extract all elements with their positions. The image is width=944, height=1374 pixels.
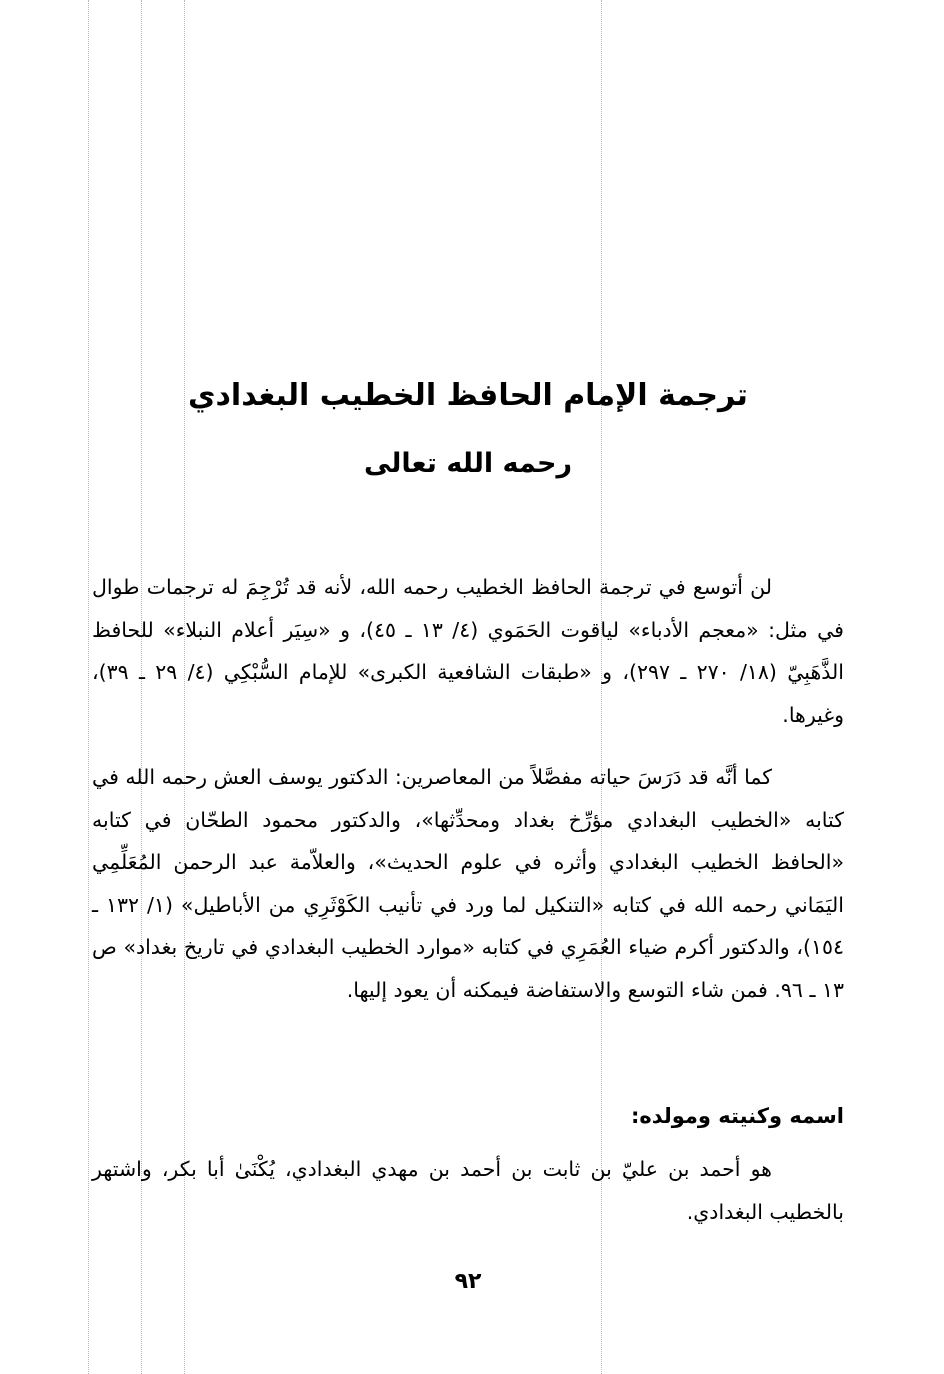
scan-artifact-line bbox=[88, 0, 89, 1374]
section-heading: اسمه وكنيته ومولده: bbox=[631, 1094, 844, 1138]
paragraph-name-lineage: هو أحمد بن عليّ بن ثابت بن أحمد بن مهدي … bbox=[92, 1148, 844, 1233]
document-page: ترجمة الإمام الحافظ الخطيب البغدادي رحمه… bbox=[92, 0, 844, 1374]
paragraph-intro: لن أتوسع في ترجمة الحافظ الخطيب رحمه الل… bbox=[92, 566, 844, 736]
page-subtitle: رحمه الله تعالى bbox=[92, 444, 844, 484]
paragraph-modern-studies: كما أنَّه قد دَرَسَ حياته مفصَّلاً من ال… bbox=[92, 756, 844, 1011]
page-number: ٩٢ bbox=[92, 1262, 844, 1302]
page-title: ترجمة الإمام الحافظ الخطيب البغدادي bbox=[92, 376, 844, 416]
